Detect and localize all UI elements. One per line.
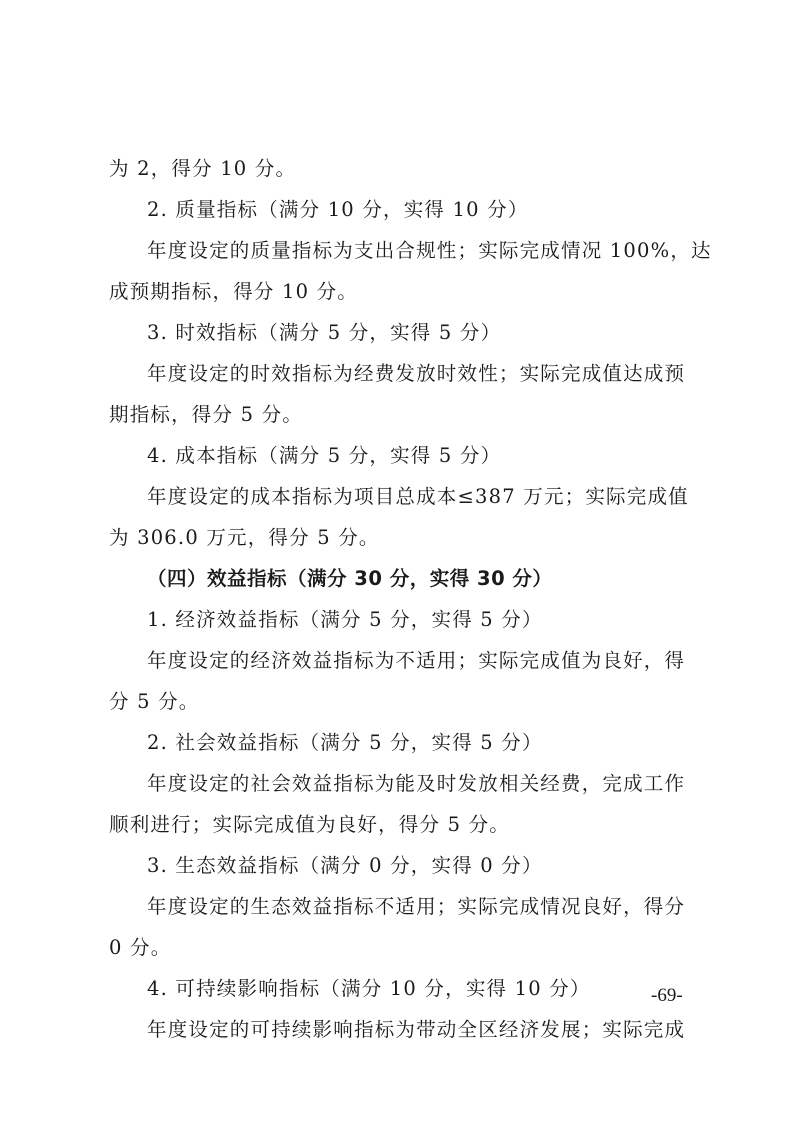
paragraph-ecological-benefit-cont: 0 分。 (109, 927, 692, 968)
paragraph-economic-benefit: 年度设定的经济效益指标为不适用；实际完成值为良好，得 (109, 640, 692, 681)
paragraph-sustainable-impact: 年度设定的可持续影响指标为带动全区经济发展；实际完成 (109, 1009, 692, 1050)
section-heading-benefit-indicators: （四）效益指标（满分 30 分，实得 30 分） (109, 558, 692, 599)
paragraph-social-benefit: 年度设定的社会效益指标为能及时发放相关经费，完成工作 (109, 763, 692, 804)
subheading-ecological-benefit: 3. 生态效益指标（满分 0 分，实得 0 分） (109, 845, 692, 886)
paragraph-social-benefit-cont: 顺利进行；实际完成值为良好，得分 5 分。 (109, 804, 692, 845)
subheading-cost-indicator: 4. 成本指标（满分 5 分，实得 5 分） (109, 435, 692, 476)
paragraph-cost-indicator-cont: 为 306.0 万元，得分 5 分。 (109, 517, 692, 558)
subheading-sustainable-impact: 4. 可持续影响指标（满分 10 分，实得 10 分） (109, 968, 692, 1009)
subheading-timeliness-indicator: 3. 时效指标（满分 5 分，实得 5 分） (109, 312, 692, 353)
page-number: -69- (651, 985, 683, 1007)
subheading-quality-indicator: 2. 质量指标（满分 10 分，实得 10 分） (109, 189, 692, 230)
document-page-body: 为 2，得分 10 分。 2. 质量指标（满分 10 分，实得 10 分） 年度… (109, 148, 692, 1050)
subheading-social-benefit: 2. 社会效益指标（满分 5 分，实得 5 分） (109, 722, 692, 763)
paragraph-timeliness-indicator-cont: 期指标，得分 5 分。 (109, 394, 692, 435)
paragraph-quality-indicator: 年度设定的质量指标为支出合规性；实际完成情况 100%，达 (109, 230, 692, 271)
paragraph-ecological-benefit: 年度设定的生态效益指标不适用；实际完成情况良好，得分 (109, 886, 692, 927)
paragraph-cost-indicator: 年度设定的成本指标为项目总成本≤387 万元；实际完成值 (109, 476, 692, 517)
paragraph-quality-indicator-cont: 成预期指标，得分 10 分。 (109, 271, 692, 312)
text-line-continuation: 为 2，得分 10 分。 (109, 148, 692, 189)
paragraph-timeliness-indicator: 年度设定的时效指标为经费发放时效性；实际完成值达成预 (109, 353, 692, 394)
paragraph-economic-benefit-cont: 分 5 分。 (109, 681, 692, 722)
subheading-economic-benefit: 1. 经济效益指标（满分 5 分，实得 5 分） (109, 599, 692, 640)
